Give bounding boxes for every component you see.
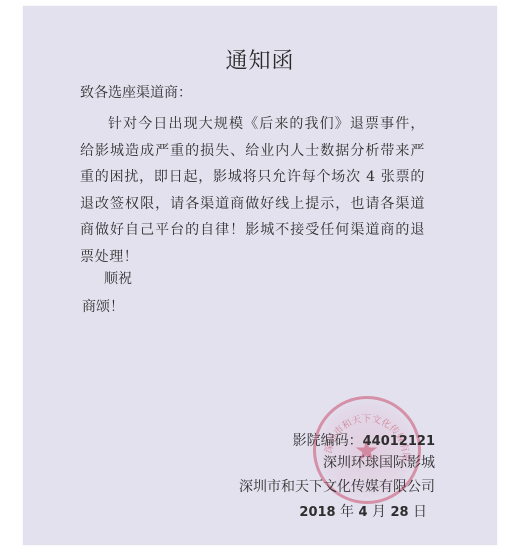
body-paragraph: 针对今日出现大规模《后来的我们》退票事件，给影城造成严重的损失、给业内人士数据分…: [80, 111, 425, 270]
letter-date: 2018 年 4 月 28 日: [299, 501, 427, 521]
date-day-unit: 日: [409, 504, 427, 520]
notice-letter-paper: 通知函 致各选座渠道商： 针对今日出现大规模《后来的我们》退票事件，给影城造成严…: [23, 6, 497, 545]
closing-line-2: 商颂！: [82, 296, 124, 316]
document-title: 通知函: [23, 44, 497, 75]
closing-line-1: 顺祝: [104, 268, 132, 288]
cinema-name: 深圳环球国际影城: [323, 452, 435, 472]
company-name: 深圳市和天下文化传媒有限公司: [239, 476, 435, 496]
cinema-code-label: 影院编码：: [293, 433, 363, 449]
date-month-unit: 月: [368, 504, 391, 520]
cinema-code-value: 44012121: [363, 434, 435, 449]
date-year: 2018: [299, 505, 335, 520]
date-year-unit: 年: [336, 504, 359, 520]
date-month: 4: [359, 505, 368, 520]
date-day: 28: [390, 505, 408, 520]
cinema-code-line: 影院编码：44012121: [293, 430, 435, 450]
salutation: 致各选座渠道商：: [80, 82, 192, 102]
